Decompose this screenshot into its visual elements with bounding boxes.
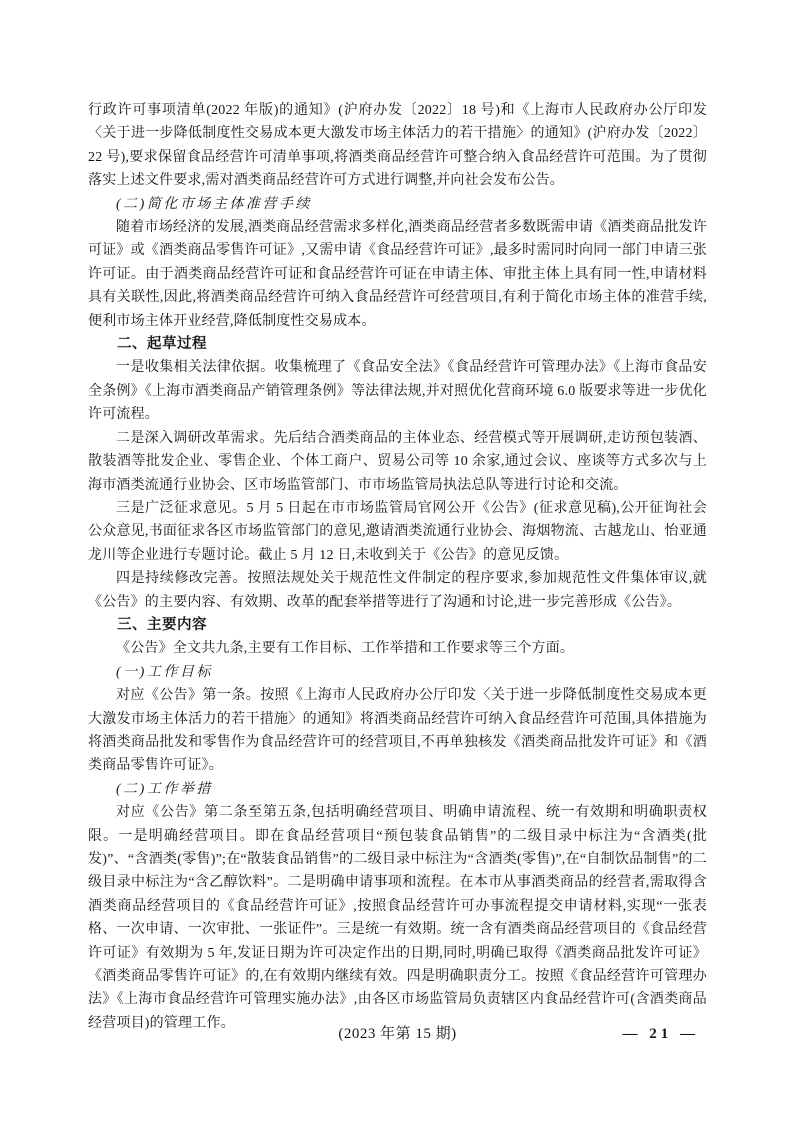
- body-paragraph: 一是收集相关法律依据。收集梳理了《食品安全法》《食品经营许可管理办法》《上海市食…: [88, 356, 707, 426]
- page-footer: (2023 年第 15 期) — 21 —: [88, 1021, 707, 1047]
- body-paragraph: 行政许可事项清单(2022 年版)的通知》(沪府办发〔2022〕18 号)和《上…: [88, 99, 707, 193]
- body-paragraph: 对应《公告》第二条至第五条,包括明确经营项目、明确申请流程、统一有效期和明确职责…: [88, 801, 707, 1035]
- body-paragraph: 三是广泛征求意见。5 月 5 日起在市市场监管局官网公开《公告》(征求意见稿),…: [88, 497, 707, 567]
- document-page: 行政许可事项清单(2022 年版)的通知》(沪府办发〔2022〕18 号)和《上…: [0, 0, 793, 1122]
- footer-page-number: — 21 —: [623, 1021, 700, 1047]
- subsection-heading: (二)简化市场主体准营手续: [88, 193, 707, 216]
- body-paragraph: 二是深入调研改革需求。先后结合酒类商品的主体业态、经营模式等开展调研,走访预包装…: [88, 427, 707, 497]
- body-paragraph: 《公告》全文共九条,主要有工作目标、工作举措和工作要求等三个方面。: [88, 637, 707, 660]
- section-heading: 二、起草过程: [88, 333, 707, 356]
- footer-issue-label: (2023 年第 15 期): [88, 1021, 707, 1047]
- subsection-heading: (一)工作目标: [88, 661, 707, 684]
- body-paragraph: 随着市场经济的发展,酒类商品经营需求多样化,酒类商品经营者多数既需申请《酒类商品…: [88, 216, 707, 333]
- body-paragraph: 四是持续修改完善。按照法规处关于规范性文件制定的程序要求,参加规范性文件集体审议…: [88, 567, 707, 614]
- body-paragraph: 对应《公告》第一条。按照《上海市人民政府办公厅印发〈关于进一步降低制度性交易成本…: [88, 684, 707, 778]
- document-body: 行政许可事项清单(2022 年版)的通知》(沪府办发〔2022〕18 号)和《上…: [88, 99, 707, 1035]
- section-heading: 三、主要内容: [88, 614, 707, 637]
- subsection-heading: (二)工作举措: [88, 778, 707, 801]
